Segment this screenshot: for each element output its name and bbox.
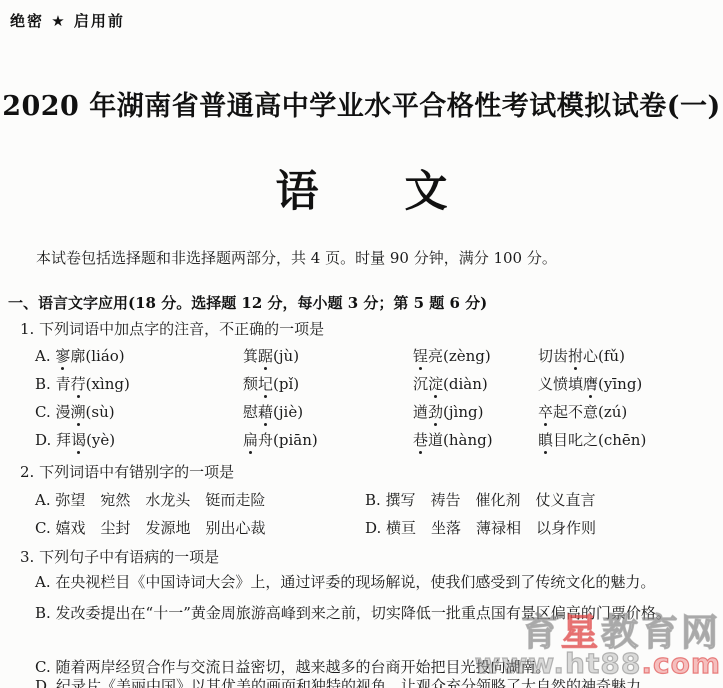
dotted-char: 劲 [428, 401, 443, 422]
dotted-char: 拊 [568, 345, 583, 366]
q1-term: 箕踞(jù) [243, 345, 413, 373]
question-1-options: A. 寥廓(liáo)箕踞(jù)锃亮(zèng)切齿拊心(fǔ)B. 青荇(x… [35, 345, 646, 457]
question-3-stem: 3. 下列句子中有语病的一项是 [20, 546, 219, 567]
q1-term: A. 寥廓(liáo) [35, 345, 243, 373]
q1-term: C. 漫溯(sù) [35, 401, 243, 429]
q1-term: 慰藉(jiè) [243, 401, 413, 429]
question-3-option-a: A. 在央视栏目《中国诗词大会》上，通过评委的现场解说，使我们感受到了传统文化的… [35, 571, 655, 592]
q1-term: D. 拜谒(yè) [35, 429, 243, 457]
dotted-char: 扁 [243, 429, 258, 450]
term-text: 亮(zèng) [428, 347, 491, 365]
term-text: 廓(liáo) [70, 347, 124, 365]
dotted-char: 荇 [71, 373, 86, 394]
option-label: C. [35, 403, 55, 421]
dotted-char: 巷 [413, 429, 428, 450]
dotted-char: 膺 [583, 373, 598, 394]
dotted-char: 圮 [258, 373, 273, 394]
paper-title: 2020 年湖南省普通高中学业水平合格性考试模拟试卷(一) [0, 84, 723, 123]
dotted-char: 谒 [71, 429, 86, 450]
question-3-option-b: B. 发改委提出在“十一”黄金周旅游高峰到来之前，切实降低一批重点国有景区偏高的… [35, 599, 723, 627]
term-text: 慰 [243, 403, 258, 421]
term-text: 沉 [413, 375, 428, 393]
classification-header: 绝密 ★ 启用前 [10, 10, 125, 31]
exam-paper-page: 绝密 ★ 启用前 2020 年湖南省普通高中学业水平合格性考试模拟试卷(一) 语… [0, 0, 723, 688]
term-text: (yè) [86, 431, 115, 449]
term-text: (pǐ) [273, 375, 299, 393]
question-1-stem: 1. 下列词语中加点字的注音，不正确的一项是 [20, 318, 324, 339]
term-text: 舟(piān) [258, 431, 318, 449]
q1-term: 巷道(hàng) [413, 429, 538, 457]
term-text: (jiè) [273, 403, 303, 421]
option-label: A. [35, 347, 55, 365]
dotted-char: 淀 [428, 373, 443, 394]
q1-term: 扁舟(piān) [243, 429, 413, 457]
paper-instructions: 本试卷包括选择题和非选择题两部分，共 4 页。时量 90 分钟，满分 100 分… [36, 247, 557, 268]
dotted-char: 藉 [258, 401, 273, 422]
section-1-heading: 一、语言文字应用(18 分。选择题 12 分，每小题 3 分；第 5 题 6 分… [8, 292, 487, 313]
term-text: 遒 [413, 403, 428, 421]
term-text: (sù) [86, 403, 115, 421]
q1-option-row: D. 拜谒(yè)扁舟(piān)巷道(hàng)瞋目叱之(chēn) [35, 429, 646, 457]
option-label: D. [35, 431, 56, 449]
q1-term: 卒起不意(zú) [538, 401, 646, 429]
q1-term: 瞋目叱之(chēn) [538, 429, 646, 457]
q2-option-row: A. 弥望 宛然 水龙头 铤而走险B. 撰写 祷告 催化剂 仗义直言 [35, 489, 596, 517]
question-3-option-d-clipped-line: D. 纪录片《美丽中国》以其优美的画面和独特的视角，让观众充分领略了大自然的神奇… [35, 675, 656, 688]
term-text: 漫 [55, 403, 70, 421]
term-text: (yīng) [598, 375, 642, 393]
q2-option: D. 横亘 坐落 薄禄相 以身作则 [365, 517, 596, 545]
q1-term: 义愤填膺(yīng) [538, 373, 646, 401]
dotted-char: 瞋 [538, 429, 553, 450]
q1-term: 切齿拊心(fǔ) [538, 345, 646, 373]
option-label: B. [35, 375, 56, 393]
q1-term: B. 青荇(xìng) [35, 373, 243, 401]
dotted-char: 锃 [413, 345, 428, 366]
term-text: (xìng) [86, 375, 130, 393]
q1-option-row: A. 寥廓(liáo)箕踞(jù)锃亮(zèng)切齿拊心(fǔ) [35, 345, 646, 373]
term-text: 箕 [243, 347, 258, 365]
term-text: 心(fǔ) [583, 347, 625, 365]
term-text: 义愤填 [538, 375, 583, 393]
term-text: 青 [56, 375, 71, 393]
q2-option: B. 撰写 祷告 催化剂 仗义直言 [365, 489, 596, 517]
subject-title: 语 文 [0, 158, 723, 219]
q1-option-row: C. 漫溯(sù)慰藉(jiè)遒劲(jìng)卒起不意(zú) [35, 401, 646, 429]
term-text: 道(hàng) [428, 431, 493, 449]
q2-option-row: C. 嬉戏 尘封 发源地 别出心裁D. 横亘 坐落 薄禄相 以身作则 [35, 517, 596, 545]
question-2-stem: 2. 下列词语中有错别字的一项是 [20, 461, 234, 482]
term-text: (jìng) [443, 403, 483, 421]
q1-term: 遒劲(jìng) [413, 401, 538, 429]
dotted-char: 踞 [258, 345, 273, 366]
q1-term: 沉淀(diàn) [413, 373, 538, 401]
term-text: 拜 [56, 431, 71, 449]
term-text: 颓 [243, 375, 258, 393]
term-text: 目叱之(chēn) [553, 431, 646, 449]
dotted-char: 寥 [55, 345, 70, 366]
dotted-char: 卒 [538, 401, 553, 422]
term-text: (diàn) [443, 375, 488, 393]
question-3-option-c: C. 随着两岸经贸合作与交流日益密切，越来越多的台商开始把目光投向湖南。 [35, 656, 550, 677]
q1-option-row: B. 青荇(xìng)颓圮(pǐ)沉淀(diàn)义愤填膺(yīng) [35, 373, 646, 401]
term-text: 切齿 [538, 347, 568, 365]
dotted-char: 溯 [71, 401, 86, 422]
question-2-options: A. 弥望 宛然 水龙头 铤而走险B. 撰写 祷告 催化剂 仗义直言C. 嬉戏 … [35, 489, 596, 545]
term-text: (jù) [273, 347, 299, 365]
term-text: 起不意(zú) [553, 403, 627, 421]
q1-term: 锃亮(zèng) [413, 345, 538, 373]
q2-option: C. 嬉戏 尘封 发源地 别出心裁 [35, 517, 365, 545]
q1-term: 颓圮(pǐ) [243, 373, 413, 401]
q2-option: A. 弥望 宛然 水龙头 铤而走险 [35, 489, 365, 517]
